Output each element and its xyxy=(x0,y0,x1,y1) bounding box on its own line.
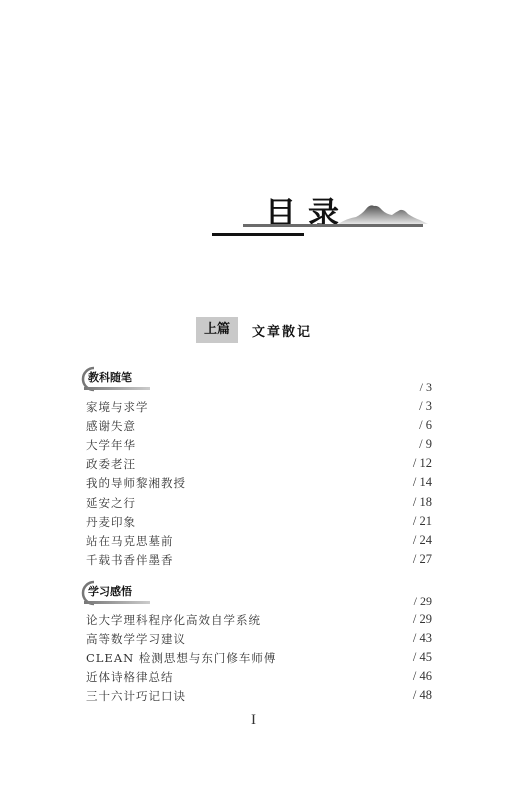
toc-entry[interactable]: 站在马克思墓前 / 24 xyxy=(86,531,432,550)
mountain-decoration-icon xyxy=(338,200,428,226)
toc-entry[interactable]: 三十六计巧记口诀 / 48 xyxy=(86,686,432,705)
entry-title: 家境与求学 xyxy=(86,399,149,415)
toc-entry[interactable]: 延安之行 / 18 xyxy=(86,493,432,512)
part-heading: 上篇 文章散记 xyxy=(196,317,312,343)
entry-title: 站在马克思墓前 xyxy=(86,533,174,549)
toc-entry[interactable]: 家境与求学 / 3 xyxy=(86,397,432,416)
part-label: 上篇 xyxy=(196,317,238,343)
entry-title: 近体诗格律总结 xyxy=(86,669,174,685)
entry-page: / 29 xyxy=(413,612,432,627)
entry-page: / 43 xyxy=(413,631,432,646)
entry-page: / 24 xyxy=(413,533,432,548)
entry-page: / 6 xyxy=(419,418,432,433)
section-page: / 3 xyxy=(420,380,432,395)
entry-page: / 9 xyxy=(419,437,432,452)
entry-title: 大学年华 xyxy=(86,437,136,453)
section-page: / 29 xyxy=(414,594,432,609)
toc-entry[interactable]: 大学年华 / 9 xyxy=(86,435,432,454)
toc-entry[interactable]: CLEAN 检测思想与东门修车师傅 / 45 xyxy=(86,648,432,667)
entry-title: 三十六计巧记口诀 xyxy=(86,688,186,704)
entry-title: 延安之行 xyxy=(86,495,136,511)
entry-page: / 21 xyxy=(413,514,432,529)
entry-title: 高等数学学习建议 xyxy=(86,631,186,647)
entry-page: / 48 xyxy=(413,688,432,703)
toc-entry[interactable]: 感谢失意 / 6 xyxy=(86,416,432,435)
section-name: 教科随笔 xyxy=(88,369,132,385)
section-heading: 学习感悟 / 29 xyxy=(76,580,436,604)
section-underline xyxy=(84,387,150,390)
toc-entry[interactable]: 论大学理科程序化高效自学系统 / 29 xyxy=(86,610,432,629)
entry-title: 政委老汪 xyxy=(86,456,136,472)
part-title: 文章散记 xyxy=(252,321,312,340)
entry-page: / 45 xyxy=(413,650,432,665)
toc-title-block: 目录 xyxy=(0,0,510,260)
toc-entry[interactable]: 高等数学学习建议 / 43 xyxy=(86,629,432,648)
entry-page: / 46 xyxy=(413,669,432,684)
toc-entry[interactable]: 千载书香伴墨香 / 27 xyxy=(86,550,432,569)
entry-page: / 18 xyxy=(413,495,432,510)
title-rule-black xyxy=(212,233,304,236)
entry-page: / 3 xyxy=(419,399,432,414)
entry-title: 丹麦印象 xyxy=(86,514,136,530)
toc-entry[interactable]: 丹麦印象 / 21 xyxy=(86,512,432,531)
title-rule-grey xyxy=(243,224,423,227)
section-underline xyxy=(84,601,150,604)
entry-page: / 14 xyxy=(413,475,432,490)
toc-entry[interactable]: 我的导师黎湘教授 / 14 xyxy=(86,473,432,492)
section-heading: 教科随笔 / 3 xyxy=(76,366,436,390)
entry-title: CLEAN 检测思想与东门修车师傅 xyxy=(86,650,276,666)
section-name: 学习感悟 xyxy=(88,583,132,599)
entry-page: / 12 xyxy=(413,456,432,471)
page-number: I xyxy=(251,712,256,729)
toc-entry[interactable]: 政委老汪 / 12 xyxy=(86,454,432,473)
entry-title: 我的导师黎湘教授 xyxy=(86,475,186,491)
toc-entry[interactable]: 近体诗格律总结 / 46 xyxy=(86,667,432,686)
entry-title: 论大学理科程序化高效自学系统 xyxy=(86,612,261,628)
entry-title: 感谢失意 xyxy=(86,418,136,434)
entry-page: / 27 xyxy=(413,552,432,567)
entry-title: 千载书香伴墨香 xyxy=(86,552,174,568)
